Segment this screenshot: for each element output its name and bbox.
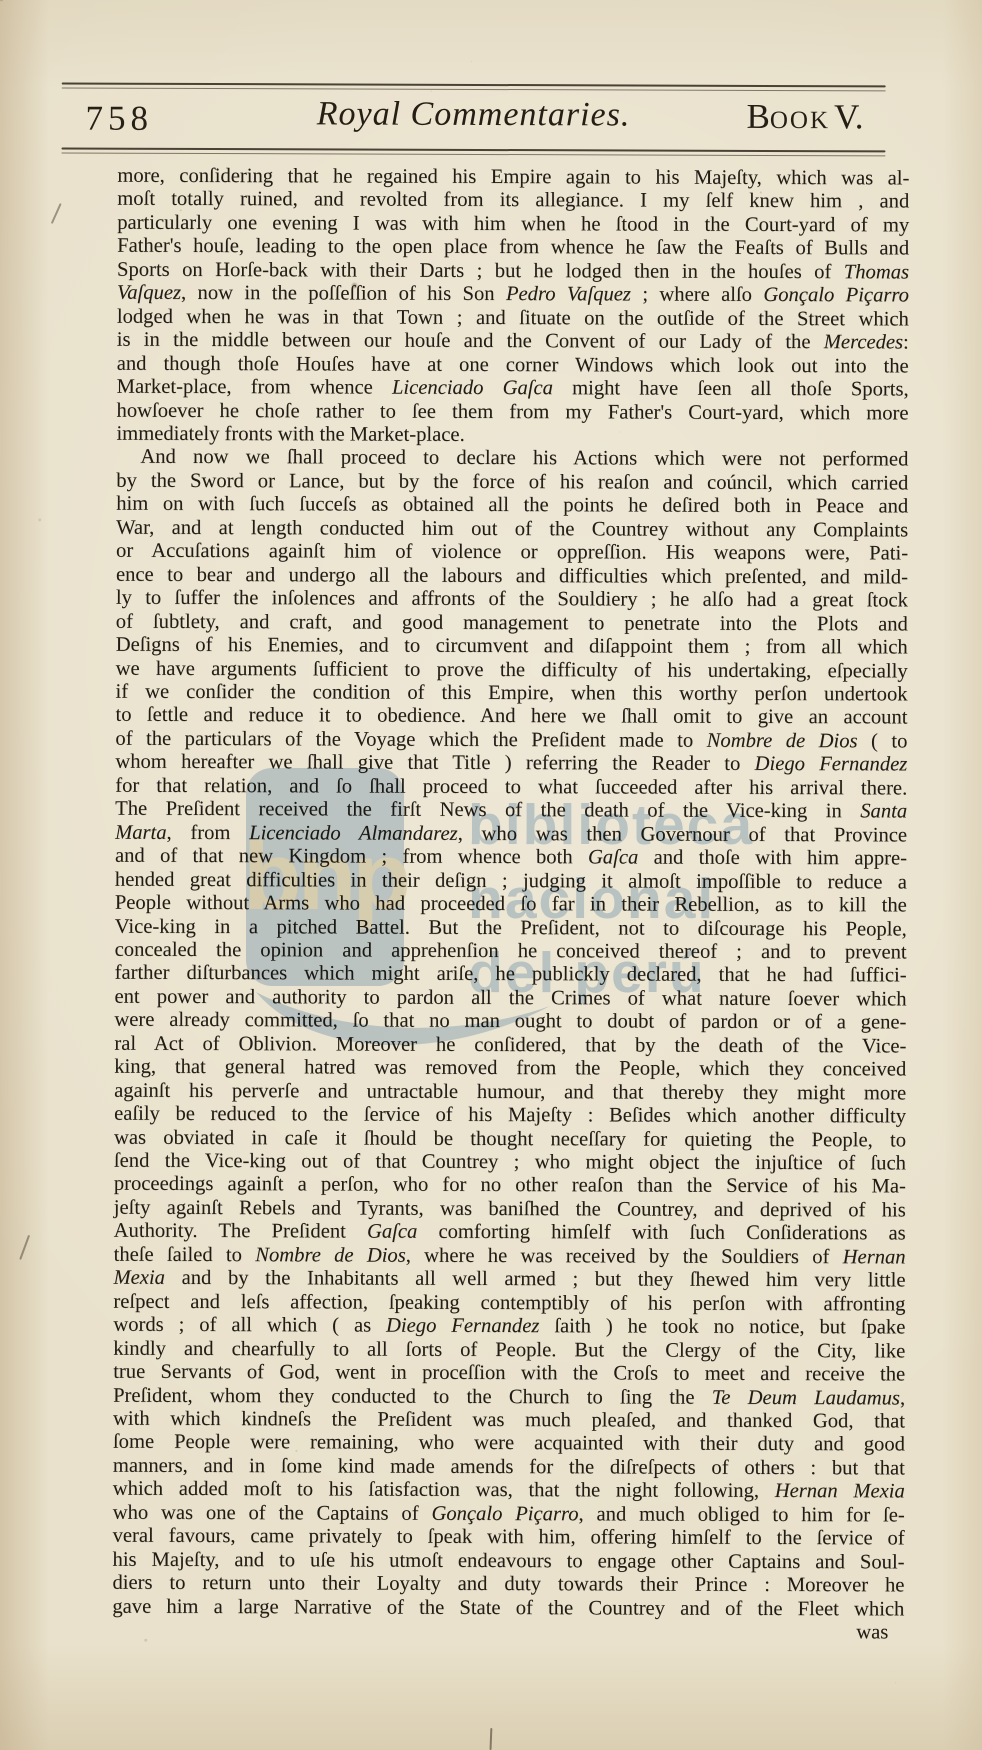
text-line: were already committed, ſo that no man o… [114,1009,906,1035]
text-line: more, conſidering that he regained his E… [117,165,909,191]
page-content: 758 Royal Commentaries. BOOK V. more, co… [0,0,982,1750]
rule-line [62,87,886,91]
text-line: eaſily be reduced to the ſervice of his … [114,1103,906,1129]
text-line: The Preſident received the firſt News of… [115,798,907,824]
text-line: words ; of all which ( as Diego Fernande… [113,1314,905,1340]
paper-specks [0,0,3,1]
text-line: Mexia and by the Inhabitants all well ar… [113,1267,905,1293]
text-line: Sports on Horſe-back with their Darts ; … [117,259,909,285]
text-line: Authority. The Preſident Gaſca comfortin… [114,1220,906,1246]
text-line: is in the middle between our houſe and t… [117,329,909,355]
paragraph: more, conſidering that he regained his E… [116,165,909,449]
text-line: theſe ſailed to Nombre de Dios, where he… [114,1244,906,1270]
text-line: reſpect and leſs affection, ſpeaking con… [113,1290,905,1316]
text-line: if we conſider the condition of this Emp… [116,681,908,707]
text-line: Vaſquez, now in the poſſeſſion of his So… [117,282,909,308]
text-line: People without Arms who had proceeded ſo… [115,892,907,918]
text-line: true Servants of God, went in proceſſion… [113,1361,905,1387]
text-line: by the Sword or Lance, but by the force … [116,470,908,496]
text-line: gave him a large Narrative of the State … [112,1595,904,1621]
text-line: to ſettle and reduce it to obedience. An… [115,704,907,730]
book-label: BOOK V. [746,97,863,137]
margin-pen-mark [490,1728,493,1750]
paragraph: And now we ſhall proceed to declare his … [112,446,908,1621]
text-line: Preſident, whom they conducted to the Ch… [113,1384,905,1410]
margin-pen-mark [51,203,62,224]
text-line: kindly and chearfully to all ſorts of Pe… [113,1337,905,1363]
text-line: ſend the Vice-king out of that Countrey … [114,1150,906,1176]
text-line: hended great difficulties in their deſig… [115,868,907,894]
text-line: moſt totally ruined, and revolted from i… [117,188,909,214]
text-line: howſoever he choſe rather to ſee them fr… [117,399,909,425]
text-line: for that relation, and ſo ſhall proceed … [115,774,907,800]
header-rule-top [62,83,886,92]
text-line: immediately fronts with the Market-place… [116,423,908,449]
text-line: proceedings againſt a perſon, who for no… [114,1173,906,1199]
text-line: ly to ſuffer the inſolences and affronts… [116,587,908,613]
text-line: which added moſt to his ſatisfaction was… [113,1478,905,1504]
text-line: ſome People were remaining, who were acq… [113,1431,905,1457]
catchword: was [112,1619,904,1645]
text-line: Deſigns of his Enemies, and to circumven… [116,634,908,660]
book-label-smallcaps: OOK [770,107,830,134]
text-line: him on with ſuch ſucceſs as obtained all… [116,493,908,519]
text-line: lodged when he was in that Town ; and ſi… [117,305,909,331]
text-line: or Accuſations againſt him of violence o… [116,540,908,566]
text-line: king, that general hatred was removed fr… [114,1056,906,1082]
text-line: ence to bear and undergo all the labours… [116,563,908,589]
header-rule-bottom [61,148,885,157]
text-line: War, and at length conducted him out of … [116,516,908,542]
text-line: who was one of the Captains of Gonçalo P… [113,1502,905,1528]
book-label-initial: B [746,97,769,136]
text-line: manners, and in ſome kind made amends fo… [113,1455,905,1481]
text-line: Father's houſe, leading to the open plac… [117,235,909,261]
page-header: 758 Royal Commentaries. BOOK V. [61,93,885,148]
text-line: of the particulars of the Voyage which t… [115,728,907,754]
text-line: ral Act of Oblivion. Moreover he conſide… [114,1032,906,1058]
rule-line [61,152,885,156]
text-line: ent power and authority to pardon all th… [114,986,906,1012]
text-line: whom hereafter we ſhall give that Title … [115,751,907,777]
text-line: farther diſturbances which might ariſe, … [115,962,907,988]
book-label-volume: V. [834,97,864,136]
ink-blot [351,282,358,290]
text-line: Marta, from Licenciado Almandarez, who w… [115,821,907,847]
text-line: Vice-king in a pitched Battel. But the P… [115,915,907,941]
text-line: with which kindneſs the Preſident was mu… [113,1408,905,1434]
text-line: and of that new Kingdom ; from whence bo… [115,845,907,871]
text-line: diers to return unto their Loyalty and d… [112,1572,904,1598]
text-line: we have arguments ſufficient to prove th… [116,657,908,683]
text-line: againſt his perverſe and untractable hum… [114,1079,906,1105]
text-line: was obviated in caſe it ſhould be though… [114,1126,906,1152]
text-line: concealed the opinion and apprehenſion h… [115,939,907,965]
text-line: and though thoſe Houſes have at one corn… [117,352,909,378]
text-line: jeſty againſt Rebels and Tyrants, was ba… [114,1197,906,1223]
text-line: veral favours, came privately to ſpeak w… [113,1525,905,1551]
text-line: And now we ſhall proceed to declare his … [116,446,908,472]
margin-pen-mark [19,1235,30,1260]
text-line: of ſubtlety, and craft, and good managem… [116,610,908,636]
text-line: particularly one evening I was with him … [117,212,909,238]
body-text: more, conſidering that he regained his E… [112,165,909,1645]
book-page: 758 Royal Commentaries. BOOK V. more, co… [0,0,982,1750]
text-line: his Majeſty, and to uſe his utmoſt endea… [113,1548,905,1574]
text-line: Market-place, from whence Licenciado Gaſ… [117,376,909,402]
